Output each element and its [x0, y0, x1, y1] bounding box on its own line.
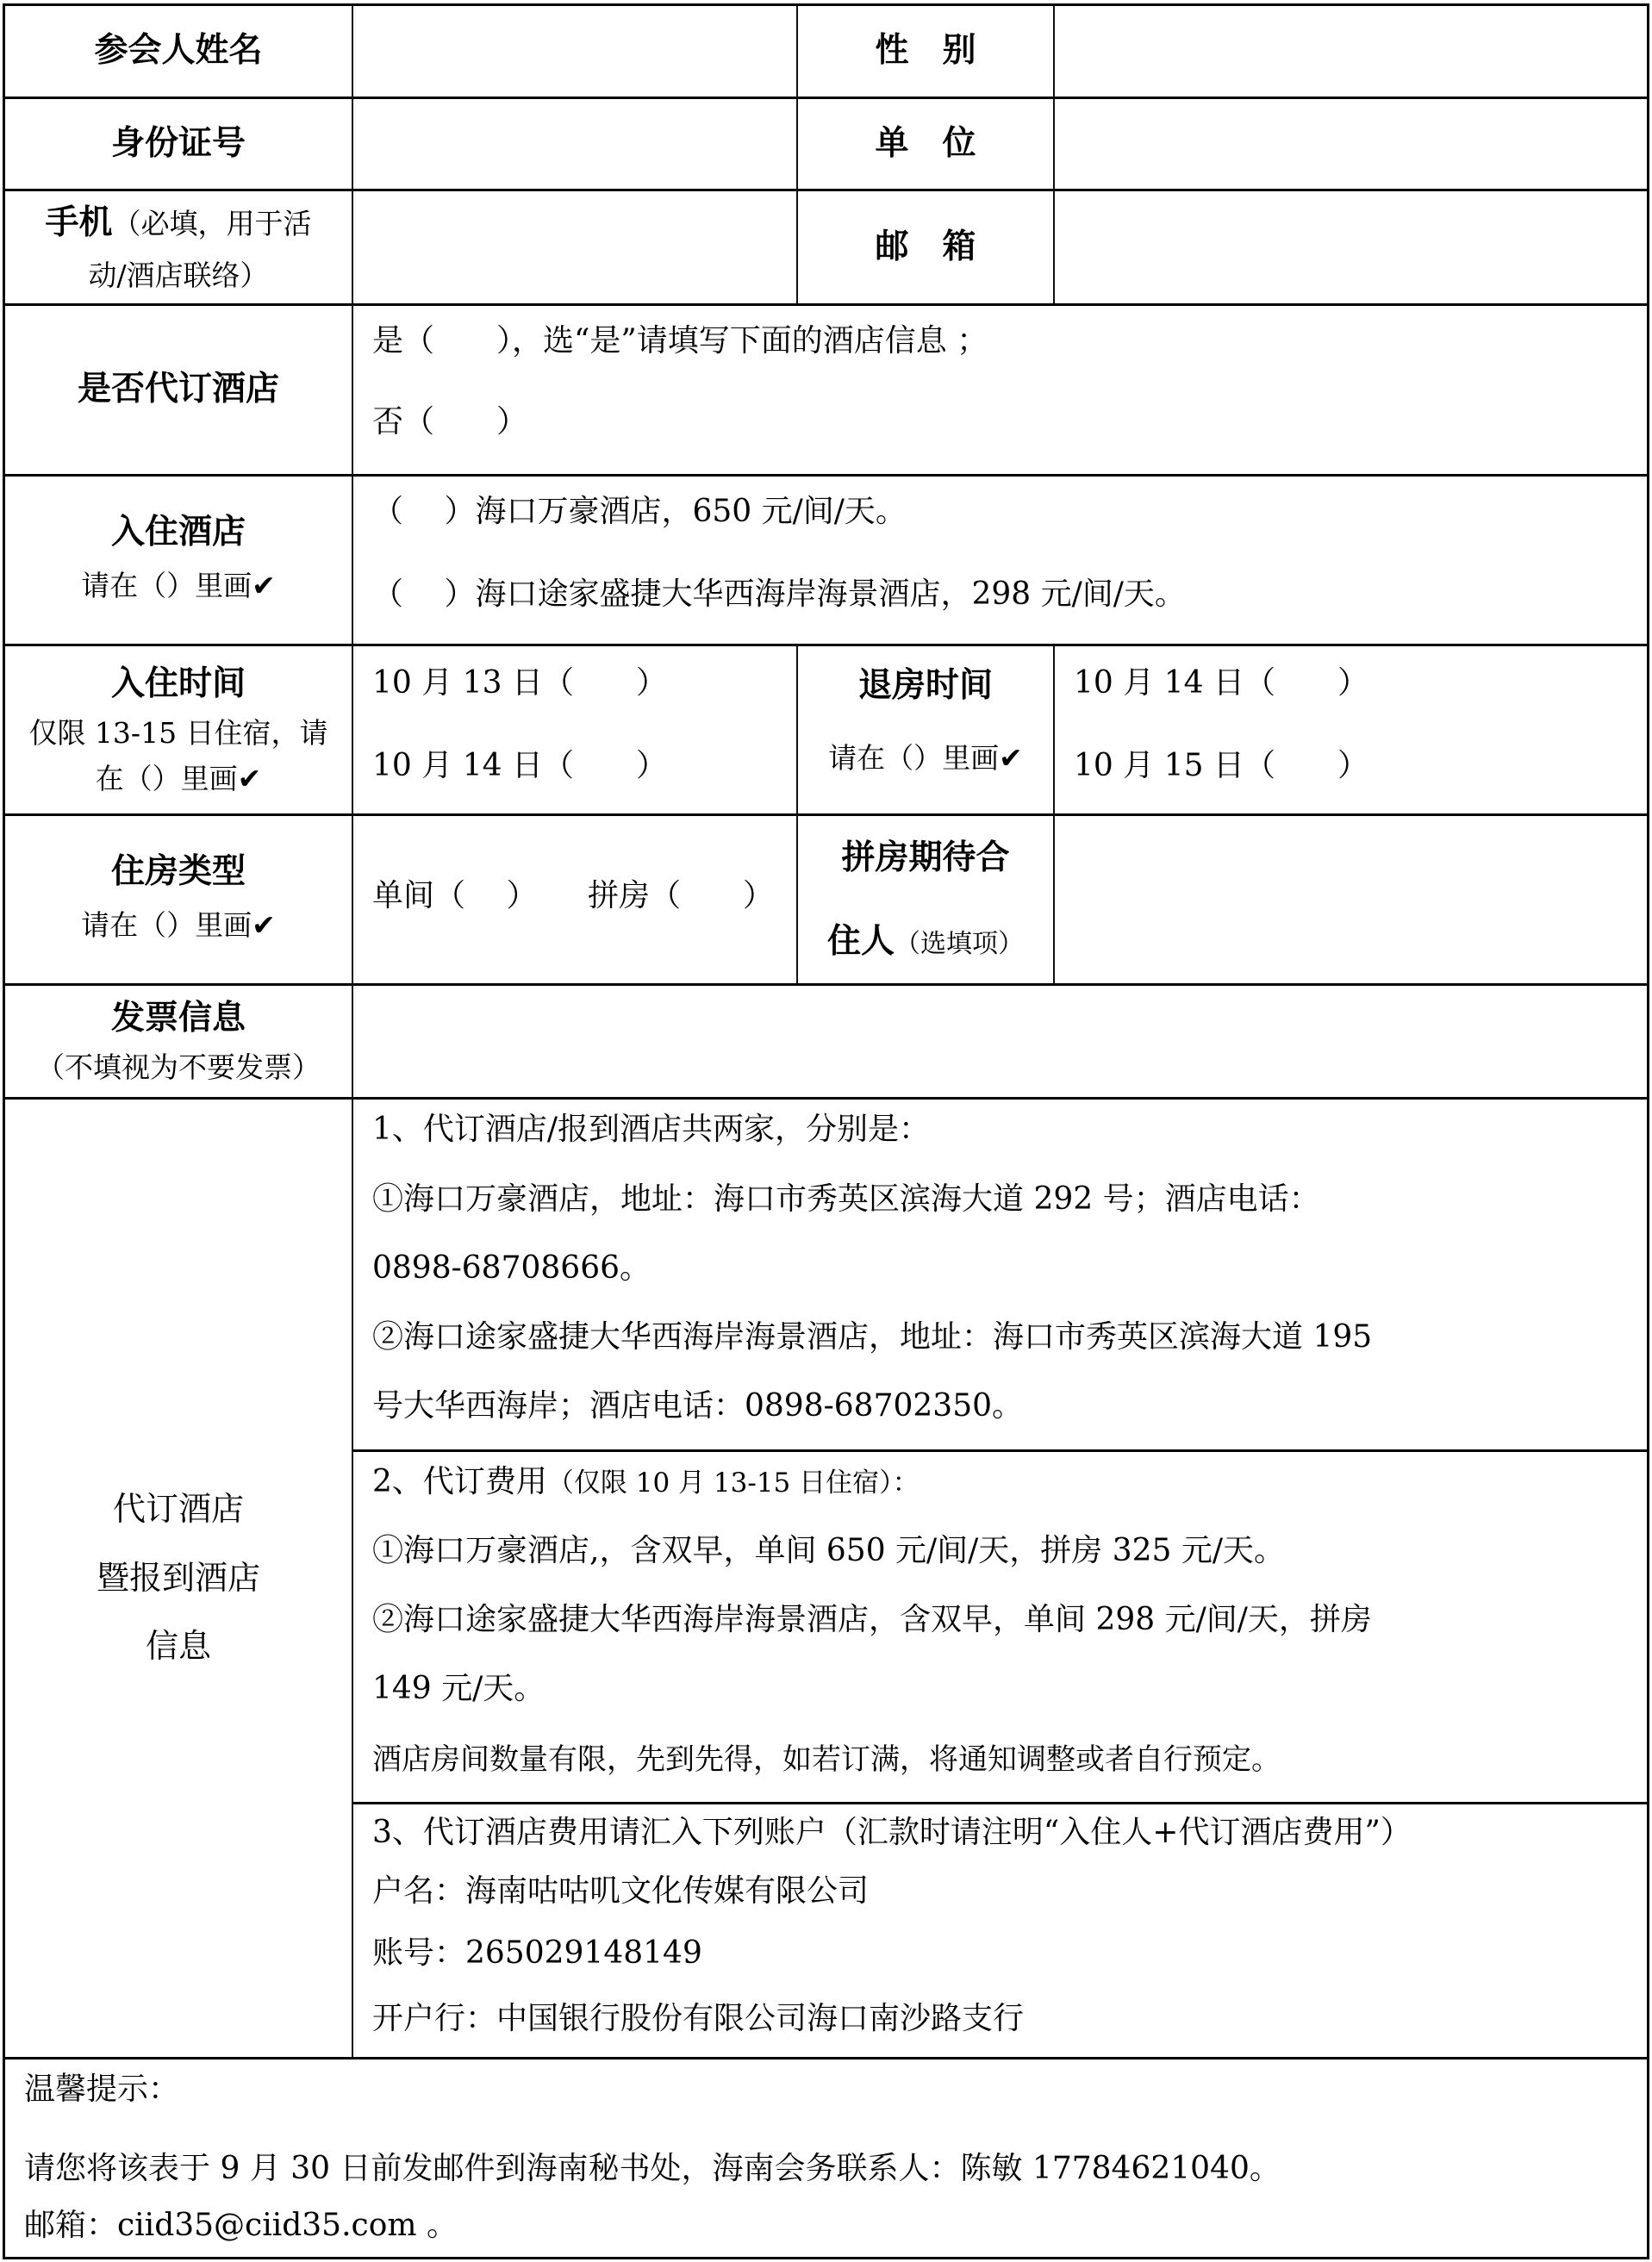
- book-hotel-yes-option[interactable]: 是（ ），选“是”请填写下面的酒店信息 ；: [372, 321, 988, 362]
- roommate-label-line1: 拼房期待合: [841, 816, 1009, 900]
- invoice-note: （不填视为不要发票）: [36, 1045, 321, 1091]
- section1-tujia-address: ②海口途家盛捷大华西海岸海景酒店，地址：海口市秀英区滨海大道 195: [372, 1318, 1372, 1358]
- registration-form: 参会人姓名 性 别 身份证号 单 位 手机（必填，用于活 动/酒店联络） 邮 箱…: [3, 3, 1649, 2259]
- roommate-optional-note: （选填项）: [895, 929, 1024, 959]
- account-number: 账号：265029148149: [372, 1934, 702, 1974]
- checkout-label-text: 退房时间: [858, 660, 993, 712]
- checkin-option-oct13[interactable]: 10 月 13 日（ ）: [372, 664, 667, 704]
- email-label: 邮 箱: [798, 191, 1053, 303]
- checkout-hint-text: 请在（）里画: [828, 741, 999, 775]
- mobile-label-line2: 动/酒店联络）: [88, 252, 268, 300]
- tips-deadline-contact: 请您将该表于 9 月 30 日前发邮件到海南秘书处，海南会务联系人：陈敏 177…: [24, 2149, 1281, 2190]
- roommate-input[interactable]: [1055, 816, 1647, 983]
- room-type-options: 单间（ ） 拼房（ ）: [353, 816, 796, 983]
- invoice-label: 发票信息 （不填视为不要发票）: [5, 986, 352, 1097]
- section2-tujia-price-cont: 149 元/天。: [372, 1669, 545, 1710]
- name-label-text: 参会人姓名: [94, 25, 262, 77]
- checkout-hint: 请在（）里画✔: [828, 736, 1023, 780]
- tips-section: 温馨提示： 请您将该表于 9 月 30 日前发邮件到海南秘书处，海南会务联系人：…: [5, 2059, 1647, 2257]
- roommate-label-text: 住人: [827, 922, 895, 961]
- room-type-single-option[interactable]: 单间（ ）: [372, 876, 537, 917]
- checkout-option-oct14[interactable]: 10 月 14 日（ ）: [1074, 664, 1368, 704]
- invoice-input[interactable]: [353, 986, 1647, 1097]
- hotel-hint-text: 请在（）里画: [81, 569, 252, 602]
- bank-name: 开户行：中国银行股份有限公司海口南沙路支行: [372, 1999, 1024, 2040]
- id-number-label-text: 身份证号: [111, 118, 246, 170]
- hotel-hint: 请在（）里画✔: [81, 558, 276, 614]
- checkmark-icon: ✔: [252, 908, 276, 942]
- email-label-text: 邮 箱: [875, 221, 976, 273]
- mobile-label: 手机（必填，用于活 动/酒店联络）: [5, 191, 352, 303]
- gender-label-text: 性 别: [875, 25, 976, 77]
- checkout-option-oct15[interactable]: 10 月 15 日（ ）: [1074, 746, 1368, 787]
- hotel-label: 入住酒店 请在（）里画✔: [5, 477, 352, 644]
- section1-marriott-phone: 0898-68708666。: [372, 1249, 651, 1289]
- checkin-hint-line2: 在（）里画✔: [96, 757, 262, 802]
- checkin-label-text: 入住时间: [111, 657, 246, 711]
- section1-marriott-address: ①海口万豪酒店，地址：海口市秀英区滨海大道 292 号；酒店电话：: [372, 1180, 1320, 1220]
- hotel-info-label-line2: 暨报到酒店: [97, 1544, 260, 1613]
- account-name: 户名：海南咕咕叽文化传媒有限公司: [372, 1872, 869, 1912]
- section2-notice: 酒店房间数量有限，先到先得，如若订满，将通知调整或者自行预定。: [372, 1741, 1281, 1779]
- section3-heading: 3、代订酒店费用请汇入下列账户（汇款时请注明“入住人+代订酒店费用”）: [372, 1813, 1412, 1854]
- checkin-label: 入住时间 仅限 13-15 日住宿，请 在（）里画✔: [5, 646, 352, 813]
- tips-email[interactable]: 邮箱：ciid35@ciid35.com 。: [24, 2206, 458, 2246]
- section2-heading-main: 2、代订费用: [372, 1464, 547, 1499]
- email-input[interactable]: [1055, 191, 1647, 303]
- book-hotel-label: 是否代订酒店: [5, 306, 352, 474]
- id-number-input[interactable]: [353, 99, 796, 189]
- hotel-info-section-1: 1、代订酒店/报到酒店共两家，分别是： ①海口万豪酒店，地址：海口市秀英区滨海大…: [353, 1100, 1647, 1449]
- section1-tujia-phone: 号大华西海岸；酒店电话：0898-68702350。: [372, 1386, 1023, 1427]
- hotel-info-label: 代订酒店 暨报到酒店 信息: [5, 1100, 352, 2057]
- checkout-label: 退房时间 请在（）里画✔: [798, 646, 1053, 813]
- organization-label: 单 位: [798, 99, 1053, 189]
- checkin-option-oct14[interactable]: 10 月 14 日（ ）: [372, 746, 667, 787]
- tips-title: 温馨提示：: [24, 2070, 179, 2110]
- checkin-hint-text: 在（）里画: [96, 762, 238, 795]
- checkin-hint-line1: 仅限 13-15 日住宿，请: [28, 711, 327, 757]
- room-type-hint: 请在（）里画✔: [81, 898, 276, 953]
- roommate-label: 拼房期待合 住人（选填项）: [798, 816, 1053, 983]
- section2-heading-note: （仅限 10 月 13-15 日住宿）：: [547, 1467, 920, 1499]
- checkmark-icon: ✔: [999, 741, 1023, 775]
- room-type-shared-option[interactable]: 拼房（ ）: [588, 876, 774, 917]
- mobile-label-bold: 手机: [45, 203, 112, 242]
- hotel-option-tujia[interactable]: （ ）海口途家盛捷大华西海岸海景酒店，298 元/间/天。: [372, 575, 1186, 615]
- hotel-options: （ ）海口万豪酒店，650 元/间/天。 （ ）海口途家盛捷大华西海岸海景酒店，…: [353, 477, 1647, 644]
- section2-tujia-price: ②海口途家盛捷大华西海岸海景酒店，含双早，单间 298 元/间/天，拼房: [372, 1600, 1372, 1641]
- checkin-options: 10 月 13 日（ ） 10 月 14 日（ ）: [353, 646, 796, 813]
- mobile-label-line1: 手机（必填，用于活: [45, 195, 311, 252]
- hotel-info-section-2: 2、代订费用（仅限 10 月 13-15 日住宿）： ①海口万豪酒店,，含双早，…: [353, 1452, 1647, 1802]
- checkmark-icon: ✔: [252, 569, 276, 602]
- section1-heading: 1、代订酒店/报到酒店共两家，分别是：: [372, 1110, 930, 1150]
- id-number-label: 身份证号: [5, 99, 352, 189]
- roommate-label-line2: 住人（选填项）: [827, 900, 1024, 984]
- book-hotel-options: 是（ ），选“是”请填写下面的酒店信息 ； 否（ ）: [353, 306, 1647, 474]
- book-hotel-no-option[interactable]: 否（ ）: [372, 402, 527, 443]
- checkmark-icon: ✔: [238, 762, 262, 795]
- hotel-option-marriott[interactable]: （ ）海口万豪酒店，650 元/间/天。: [372, 492, 907, 533]
- hotel-info-label-line1: 代订酒店: [113, 1475, 244, 1544]
- organization-label-text: 单 位: [875, 118, 976, 170]
- hotel-info-label-line3: 信息: [146, 1612, 211, 1681]
- name-input[interactable]: [353, 6, 796, 97]
- room-type-label: 住房类型 请在（）里画✔: [5, 816, 352, 983]
- gender-input[interactable]: [1055, 6, 1647, 97]
- hotel-label-text: 入住酒店: [111, 507, 246, 558]
- section2-marriott-price: ①海口万豪酒店,，含双早，单间 650 元/间/天，拼房 325 元/天。: [372, 1531, 1285, 1572]
- organization-input[interactable]: [1055, 99, 1647, 189]
- room-type-label-text: 住房类型: [111, 846, 246, 898]
- checkout-options: 10 月 14 日（ ） 10 月 15 日（ ）: [1055, 646, 1647, 813]
- mobile-input[interactable]: [353, 191, 796, 303]
- section2-heading: 2、代订费用（仅限 10 月 13-15 日住宿）：: [372, 1462, 920, 1503]
- book-hotel-label-text: 是否代订酒店: [78, 364, 279, 415]
- gender-label: 性 别: [798, 6, 1053, 97]
- mobile-label-note: （必填，用于活: [113, 207, 312, 240]
- name-label: 参会人姓名: [5, 6, 352, 97]
- invoice-label-text: 发票信息: [111, 992, 246, 1045]
- room-type-hint-text: 请在（）里画: [81, 908, 252, 942]
- hotel-info-section-3: 3、代订酒店费用请汇入下列账户（汇款时请注明“入住人+代订酒店费用”） 户名：海…: [353, 1804, 1647, 2057]
